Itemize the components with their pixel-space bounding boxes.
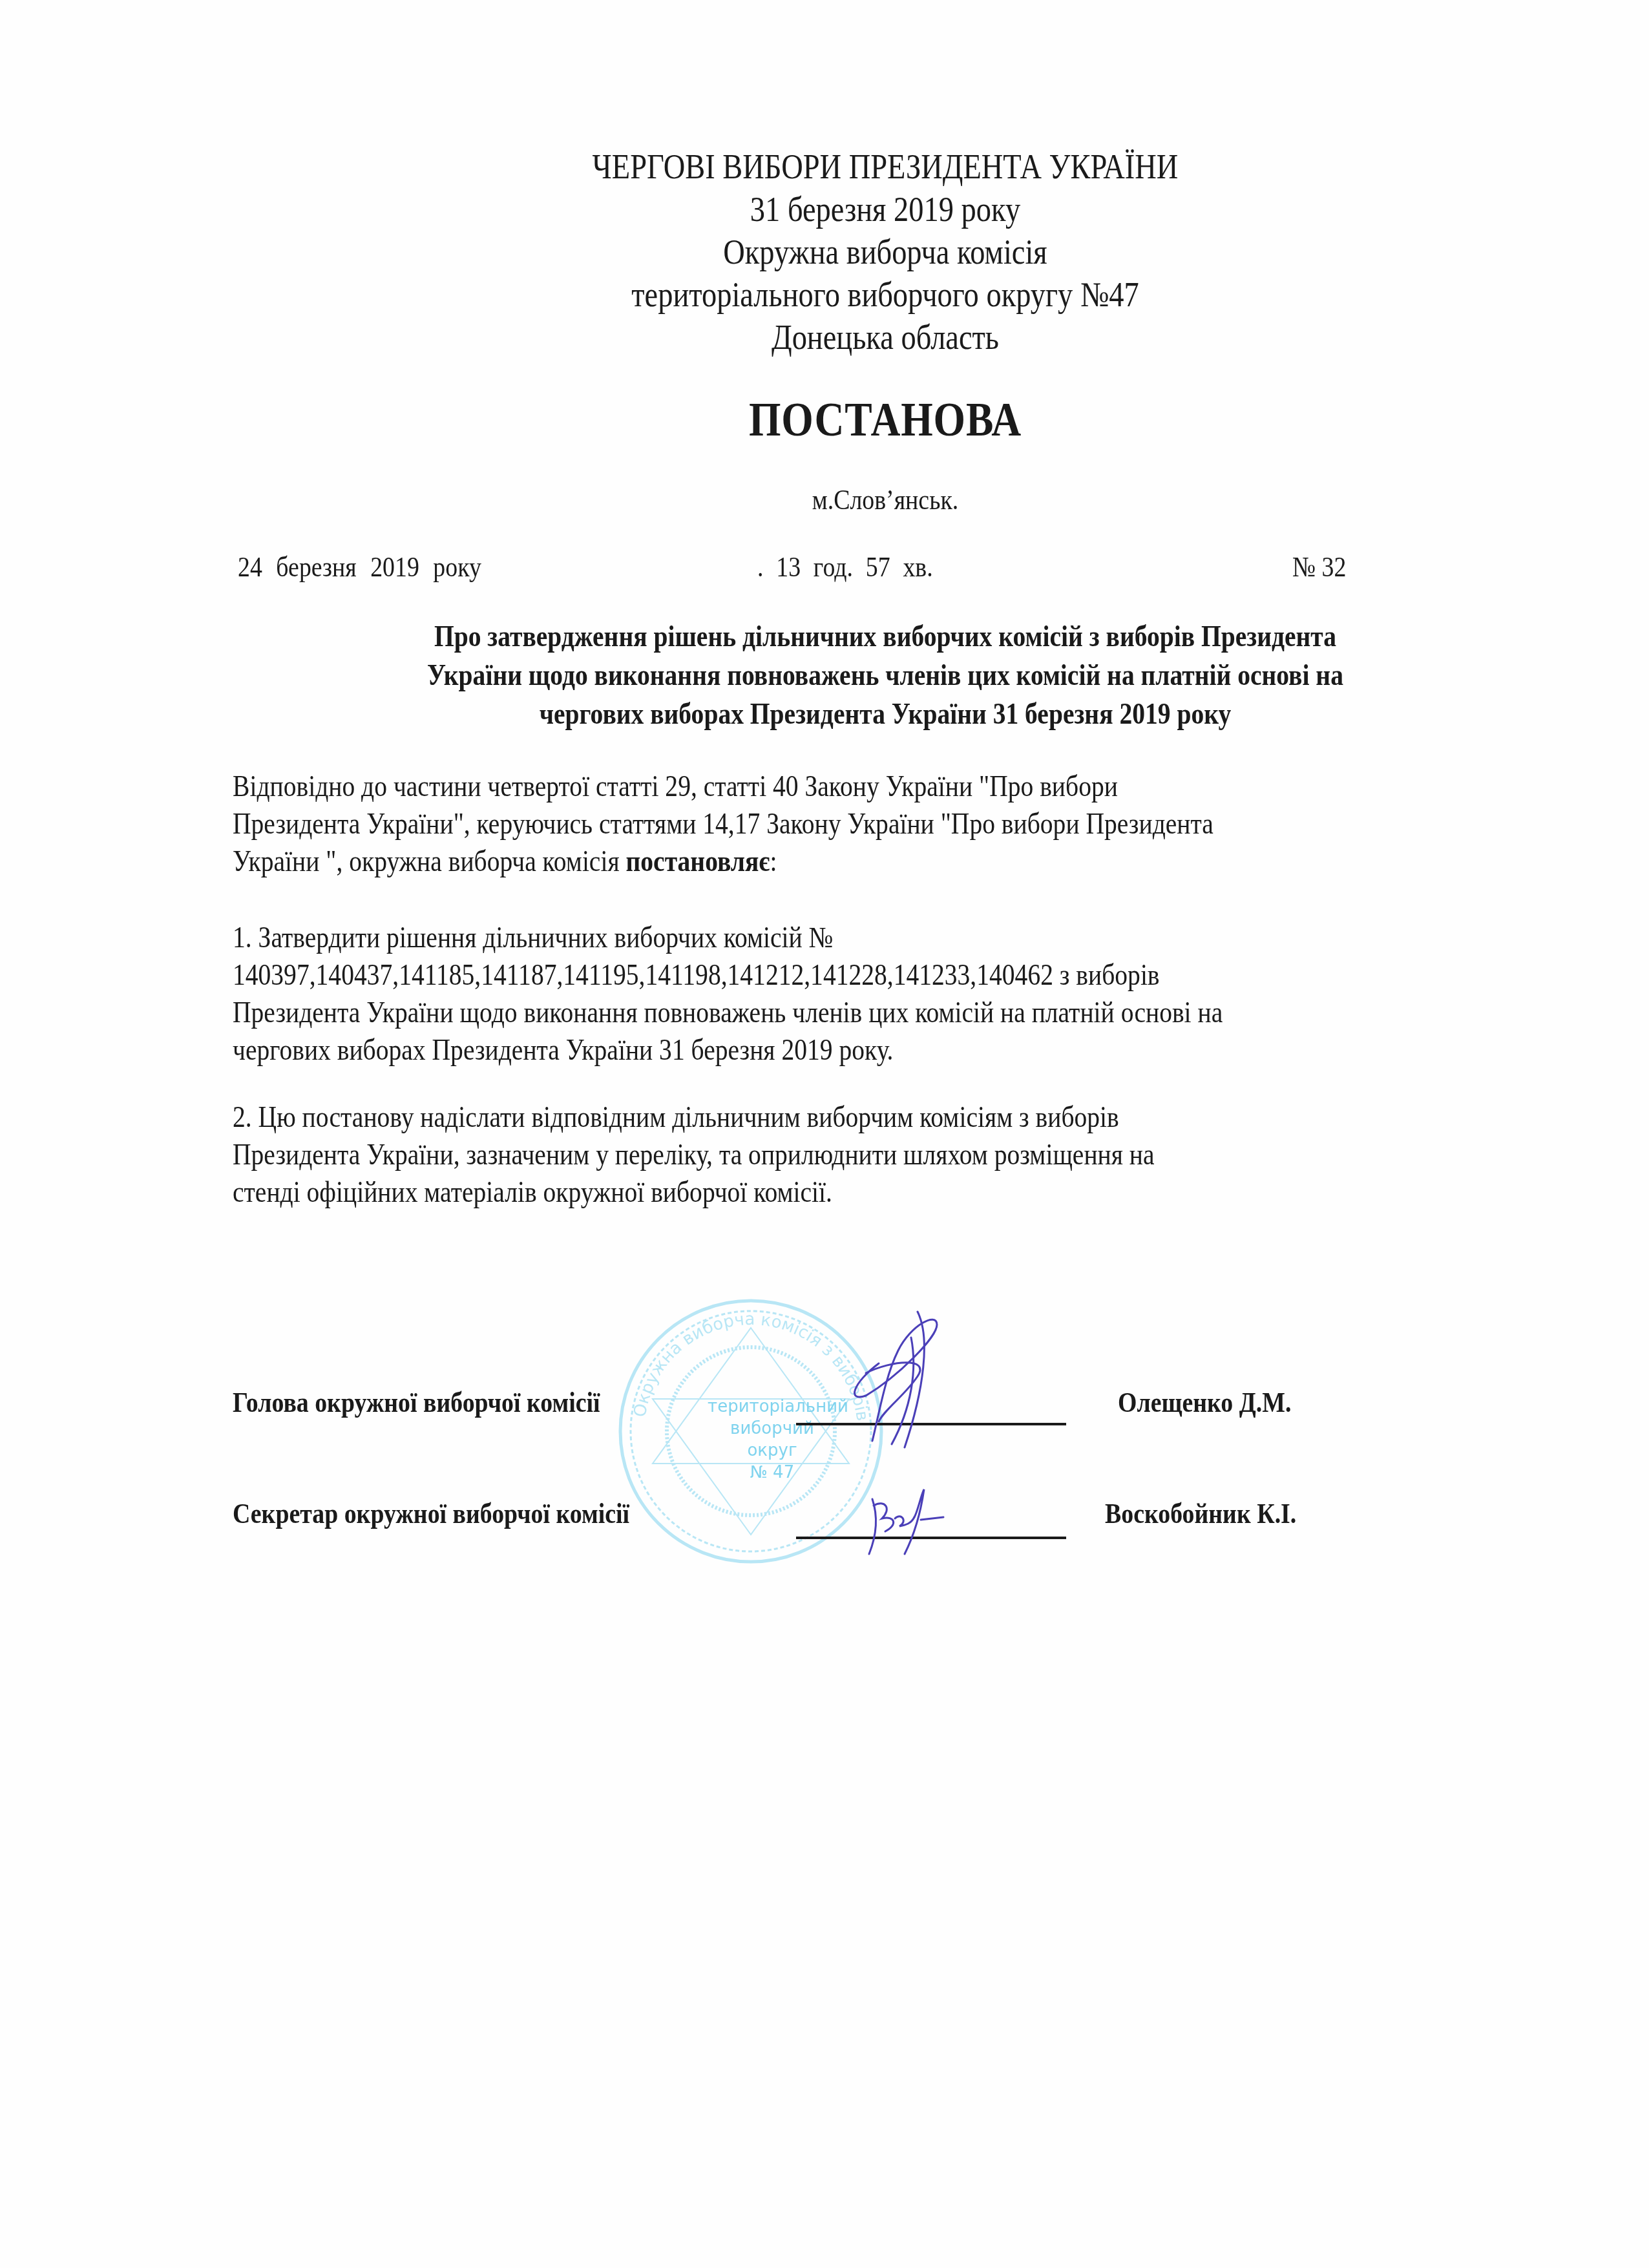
subject-line: Про затвердження рішень дільничних вибор… [124, 617, 1646, 656]
item-1-line: Президента України щодо виконання повнов… [233, 994, 1223, 1031]
item-1-line: чергових виборах Президента України 31 б… [233, 1031, 1223, 1069]
stamp-line: № 47 [708, 1462, 837, 1484]
item-2-paragraph: 2. Цю постанову надіслати відповідним ді… [233, 1098, 1155, 1211]
resolves-keyword: постановляє [626, 845, 770, 877]
header-election-date: 31 березня 2019 року [124, 188, 1646, 231]
item-2-line: Президента України, зазначеним у перелік… [233, 1136, 1155, 1173]
secretary-signature-icon [859, 1486, 950, 1557]
item-2-line: 2. Цю постанову надіслати відповідним ді… [233, 1098, 1155, 1136]
header-district: територіального виборчого округу №47 [124, 273, 1646, 316]
intro-line-last: України ", окружна виборча комісія поста… [233, 843, 1213, 880]
item-1-commission-numbers: 140397,140437,141185,141187,141195,14119… [233, 956, 1223, 994]
intro-line: Відповідно до частини четвертої статті 2… [233, 768, 1213, 805]
subject-line: чергових виборах Президента України 31 б… [124, 695, 1646, 733]
intro-paragraph: Відповідно до частини четвертої статті 2… [233, 768, 1213, 880]
document-page: ЧЕРГОВІ ВИБОРИ ПРЕЗИДЕНТА УКРАЇНИ 31 бер… [0, 0, 1649, 2268]
header-election-title: ЧЕРГОВІ ВИБОРИ ПРЕЗИДЕНТА УКРАЇНИ [124, 145, 1646, 188]
document-time: . 13 год. 57 хв. [757, 551, 933, 583]
intro-line: Президента України", керуючись статтями … [233, 805, 1213, 843]
header-commission: Окружна виборча комісія [124, 231, 1646, 273]
subject-line: України щодо виконання повноважень члені… [124, 656, 1646, 695]
document-city: м.Слов’янськ. [124, 483, 1646, 516]
secretary-title: Секретар окружної виборчої комісії [233, 1497, 629, 1530]
intro-line: України ", окружна виборча комісія [233, 845, 626, 877]
stamp-line: територіальний [708, 1396, 837, 1418]
header-region: Донецька область [124, 316, 1646, 359]
stamp-line: округ [708, 1440, 837, 1462]
document-type-title: ПОСТАНОВА [124, 393, 1646, 448]
item-2-line: стенді офіційних матеріалів окружної виб… [233, 1173, 1155, 1211]
document-date: 24 березня 2019 року [238, 551, 481, 583]
item-1-line: 1. Затвердити рішення дільничних виборчи… [233, 919, 1223, 956]
document-number: № 32 [1292, 551, 1346, 583]
stamp-center-text: територіальний виборчий округ № 47 [708, 1396, 837, 1484]
document-header: ЧЕРГОВІ ВИБОРИ ПРЕЗИДЕНТА УКРАЇНИ 31 бер… [124, 145, 1646, 359]
chair-name: Олещенко Д.М. [1118, 1386, 1291, 1419]
document-subject: Про затвердження рішень дільничних вибор… [124, 617, 1646, 733]
item-1-paragraph: 1. Затвердити рішення дільничних виборчи… [233, 919, 1223, 1069]
secretary-name: Воскобойник К.І. [1105, 1497, 1296, 1530]
intro-colon: : [770, 845, 777, 877]
chair-title: Голова окружної виборчої комісії [233, 1386, 600, 1419]
chair-signature-icon [840, 1299, 982, 1454]
stamp-line: виборчий [708, 1418, 837, 1440]
